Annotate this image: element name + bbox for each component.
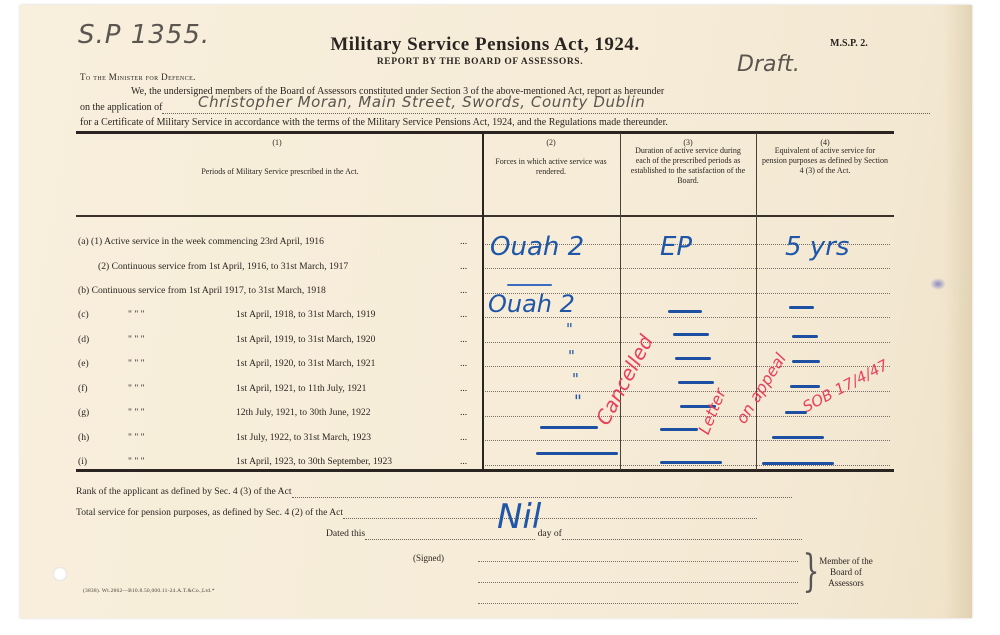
column-2-header: Forces in which active service was rende… — [493, 157, 609, 177]
duration-i-dash — [660, 461, 722, 464]
column-2-number: (2) — [536, 138, 566, 147]
column-1-header: Periods of Military Service prescribed i… — [140, 167, 420, 177]
dated-dotted-line — [365, 528, 535, 540]
forces-a1-entry: Ouah 2 — [490, 232, 584, 262]
table-row-i: (i) " " " 1st April, 1923, to 30th Septe… — [78, 456, 478, 470]
ink-stain — [930, 278, 946, 290]
column-1-number: (1) — [262, 138, 292, 147]
document-subtitle: REPORT BY THE BOARD OF ASSESSORS. — [0, 57, 1000, 67]
table-row-b: (b) Continuous service from 1st April 19… — [78, 285, 478, 299]
column-divider-3 — [756, 133, 757, 470]
row-line — [485, 416, 890, 417]
table-row-a1: (a) (1) Active service in the week comme… — [78, 236, 478, 250]
column-3-header: Duration of active service during each o… — [628, 146, 748, 186]
total-dotted-line — [343, 507, 757, 519]
duration-c-dash — [673, 333, 709, 336]
duration-e-dash — [678, 381, 714, 384]
equivalent-f-dash — [785, 411, 807, 414]
duration-a1-entry: EP — [660, 232, 692, 262]
draft-note: Draft. — [737, 52, 800, 77]
column-divider-2 — [620, 133, 621, 470]
forces-f-ditto: " — [574, 392, 582, 412]
equivalent-e-dash — [790, 385, 820, 388]
forces-c-ditto: " — [566, 320, 573, 338]
row-line — [485, 440, 890, 441]
row-line — [485, 465, 890, 466]
duration-d-dash — [675, 357, 711, 360]
applicant-name-address: Christopher Moran, Main Street, Swords, … — [198, 93, 918, 111]
table-row-g: (g) " " " 12th July, 1921, to 30th June,… — [78, 407, 478, 421]
equivalent-a1-entry: 5 yrs — [785, 232, 849, 262]
total-service-line: Total service for pension purposes, as d… — [76, 507, 757, 519]
equivalent-g-dash — [772, 436, 824, 439]
table-header-rule — [76, 215, 894, 217]
duration-b-dash — [668, 310, 702, 313]
dated-line: Dated this day of — [326, 528, 802, 540]
signature-line-1 — [478, 561, 798, 562]
overline-mark — [507, 284, 552, 286]
rank-line: Rank of the applicant as defined by Sec.… — [76, 486, 792, 498]
dated-suffix: day of — [538, 528, 562, 539]
dated-year-dotted-line — [562, 528, 802, 540]
table-row-f: (f) " " " 1st April, 1921, to 11th July,… — [78, 383, 478, 397]
forces-d-ditto: " — [568, 347, 575, 365]
intro-line-2-prefix: on the application of — [80, 102, 162, 113]
rank-label: Rank of the applicant as defined by Sec.… — [76, 486, 292, 497]
column-divider-1 — [482, 133, 484, 470]
forces-g-dash — [540, 426, 598, 429]
table-row-c: (c) " " " 1st April, 1918, to 31st March… — [78, 309, 478, 323]
signed-label: (Signed) — [413, 553, 444, 563]
table-row-h: (h) " " " 1st July, 1922, to 31st March,… — [78, 432, 478, 446]
equivalent-d-dash — [792, 360, 820, 363]
intro-line-3: for a Certificate of Military Service in… — [80, 117, 668, 128]
total-service-label: Total service for pension purposes, as d… — [76, 507, 343, 518]
table-row-d: (d) " " " 1st April, 1919, to 31st March… — [78, 334, 478, 348]
table-row-e: (e) " " " 1st April, 1920, to 31st March… — [78, 358, 478, 372]
equivalent-i-dash — [762, 462, 834, 465]
equivalent-b-dash — [789, 306, 814, 309]
duration-g-dash — [660, 428, 698, 431]
punch-hole — [53, 567, 67, 581]
signature-line-2 — [478, 582, 798, 583]
form-code: M.S.P. 2. — [830, 38, 868, 49]
table-row-a2: (2) Continuous service from 1st April, 1… — [78, 261, 478, 275]
column-4-header: Equivalent of active service for pension… — [762, 146, 888, 176]
equivalent-c-dash — [792, 335, 818, 338]
forces-h-dash — [536, 452, 618, 455]
rank-dotted-line — [292, 486, 792, 498]
forces-e-ditto: " — [572, 370, 579, 388]
forces-b-entry: Ouah 2 — [488, 290, 575, 318]
row-line — [485, 366, 890, 367]
signature-line-3 — [478, 603, 798, 604]
printer-imprint: (3838). Wt.2862—B10.8.50,000.11-24.A.T.&… — [83, 588, 215, 594]
row-line — [485, 268, 890, 269]
member-of-board-label: Member of the Board of Assessors — [818, 556, 874, 589]
addressee: To the Minister for Defence. — [80, 72, 196, 82]
dated-label: Dated this — [326, 528, 365, 539]
row-line — [485, 342, 890, 343]
table-top-rule — [76, 131, 894, 134]
brace-glyph: } — [803, 550, 820, 594]
